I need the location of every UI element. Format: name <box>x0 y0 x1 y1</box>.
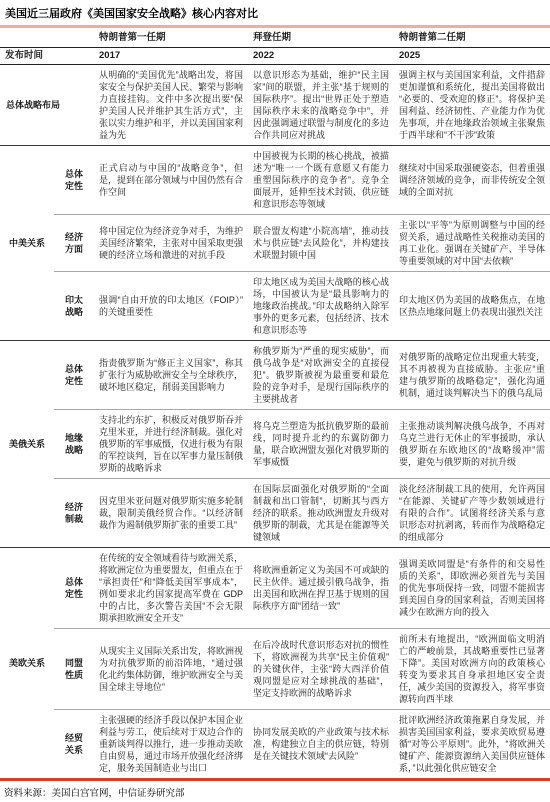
cell-us-russia-sanctions-trump2: 淡化经济制裁工具的使用，允许两国“在能源、关键矿产等少数领域进行有限的合作”。试… <box>394 479 550 548</box>
cell-us-russia-geostrategy-trump1: 支持北约东扩，积极反对俄罗斯吞并克里米亚，并进行经济制裁。强化对俄罗斯的军事威慑… <box>94 410 248 479</box>
section-overall-strategy-row: 总体战略布局 从明确的“美国优先”战略出发，将国家安全与保护美国人民、繁荣与影响… <box>0 65 550 146</box>
sublabel-us-china-indopacific: 印太战略 <box>54 272 94 341</box>
cell-us-china-indopacific-trump2: 印太地区仍为美国的战略焦点，在地区热点地缘问题上仍表现出强烈关注 <box>394 272 550 341</box>
cell-us-russia-geostrategy-trump2: 主张推动谈判解决俄乌战争，不再对乌克兰进行无休止的军事援助，承认俄罗斯在东欧地区… <box>394 410 550 479</box>
cell-us-russia-sanctions-trump1: 因克里米亚问题对俄罗斯实施多轮制裁，限制美俄经贸合作。“以经济制裁作为遏制俄罗斯… <box>94 479 248 548</box>
cell-us-china-overall-trump1: 正式启动与中国的“战略竞争”，但是，提到在部分领域与中国仍然有合作空间 <box>94 146 248 215</box>
table-header-row: 特朗普第一任期 拜登任期 特朗普第二任期 <box>0 27 550 48</box>
column-header-trump-term1: 特朗普第一任期 <box>94 27 248 48</box>
cell-us-russia-overall-trump1: 指责俄罗斯为“修正主义国家”，称其扩张行为威胁欧洲安全与全球秩序，破坏地区稳定，… <box>94 341 248 410</box>
sublabel-us-china-economy: 经济方面 <box>54 215 94 272</box>
section-us-china-row-3: 印太战略 强调“自由开放的印太地区（FOIP）”的关键重要性 印太地区成为美国大… <box>0 272 550 341</box>
sublabel-us-china-overall: 总体定性 <box>54 146 94 215</box>
cell-us-china-overall-trump2: 继续对中国采取强硬姿态，但着重强调经济领域的竞争，而非传统安全领域的全面对抗 <box>394 146 550 215</box>
cell-us-europe-trade-biden: 协同发展美欧的产业政策与技术标准，构建独立自主的供应链，特别是在关键技术领域“去… <box>248 710 394 780</box>
release-date-label: 发布时间 <box>0 48 94 65</box>
cell-us-china-overall-biden: 中国被视为长期的核心挑战，被描述为“唯一一个既有意愿又有能力重塑国际秩序的竞争者… <box>248 146 394 215</box>
cell-us-china-economy-biden: 联合盟友构建“小院高墙”，推动技术与供应链“去风险化”，并构建技术联盟封锁中国 <box>248 215 394 272</box>
section-us-china-row-1: 中美关系 总体定性 正式启动与中国的“战略竞争”，但是，提到在部分领域与中国仍然… <box>0 146 550 215</box>
section-label-us-russia: 美俄关系 <box>0 341 54 548</box>
cell-us-europe-trade-trump1: 主张强硬的经济手段以保护本国企业利益与劳工，使后续对于双边合作的重新谈判得以推行… <box>94 710 248 780</box>
cell-overall-biden: 以意识形态为基础，维护“民主国家”间的联盟，并主张“基于规则的国际秩序”。提出“… <box>248 65 394 146</box>
release-date-biden: 2022 <box>248 48 394 65</box>
cell-us-russia-geostrategy-biden: 将乌克兰塑造为抵抗俄罗斯的最前线，同时提升北约的东翼防御力量，联合欧洲盟友强化对… <box>248 410 394 479</box>
release-date-row: 发布时间 2017 2022 2025 <box>0 48 550 65</box>
sublabel-us-russia-geostrategy: 地缘战略 <box>54 410 94 479</box>
section-us-russia-row-1: 美俄关系 总体定性 指责俄罗斯为“修正主义国家”，称其扩张行为威胁欧洲安全与全球… <box>0 341 550 410</box>
cell-overall-trump1: 从明确的“美国优先”战略出发，将国家安全与保护美国人民、繁荣与影响力直接挂钩。文… <box>94 65 248 146</box>
cell-us-russia-overall-biden: 称俄罗斯为“严重的现实威胁”，而俄乌战争是“对欧洲安全的直接侵犯”。俄罗斯被视为… <box>248 341 394 410</box>
section-us-europe-row-1: 美欧关系 总体定性 在传统的安全领域看待与欧洲关系，将欧洲定位为重要盟友，但重点… <box>0 548 550 629</box>
cell-us-europe-overall-trump2: 强调美欧同盟是“有条件的和交易性质的关系”，即欧洲必须首先与美国的优先事项保持一… <box>394 548 550 629</box>
comparison-table: 特朗普第一任期 拜登任期 特朗普第二任期 发布时间 2017 2022 2025… <box>0 25 550 781</box>
cell-us-europe-overall-trump1: 在传统的安全领域看待与欧洲关系，将欧洲定位为重要盟友，但重点在于“承担责任”和“… <box>94 548 248 629</box>
cell-us-china-economy-trump2: 主张以“平等”为原则调整与中国的经贸关系，通过战略性关税推动美国的再工业化。强调… <box>394 215 550 272</box>
cell-us-russia-sanctions-biden: 在国际层面强化对俄罗斯的“全面制裁和出口管制”，切断其与西方经济的联系。推动欧洲… <box>248 479 394 548</box>
research-report-figure: 美国近三届政府《美国国家安全战略》核心内容对比 特朗普第一任期 拜登任期 特朗普… <box>0 0 550 802</box>
cell-us-russia-overall-trump2: 对俄罗斯的战略定位出现重大转变，其不再被视为直接威胁。主张应“重建与俄罗斯的战略… <box>394 341 550 410</box>
column-header-biden: 拜登任期 <box>248 27 394 48</box>
section-label-us-europe: 美欧关系 <box>0 548 54 780</box>
sublabel-us-russia-overall: 总体定性 <box>54 341 94 410</box>
sublabel-us-russia-sanctions: 经济制裁 <box>54 479 94 548</box>
release-date-trump1: 2017 <box>94 48 248 65</box>
cell-us-china-economy-trump1: 将中国定位为经济竞争对手，为维护美国经济繁荣，主张对中国采取更强硬的经济立场和激… <box>94 215 248 272</box>
sublabel-us-europe-trade: 经贸关系 <box>54 710 94 780</box>
figure-title: 美国近三届政府《美国国家安全战略》核心内容对比 <box>0 0 550 25</box>
release-date-trump2: 2025 <box>394 48 550 65</box>
sublabel-us-europe-alliance: 同盟性质 <box>54 629 94 710</box>
section-label-us-china: 中美关系 <box>0 146 54 341</box>
cell-us-china-indopacific-trump1: 强调“自由开放的印太地区（FOIP）”的关键重要性 <box>94 272 248 341</box>
section-us-china-row-2: 经济方面 将中国定位为经济竞争对手，为维护美国经济繁荣，主张对中国采取更强硬的经… <box>0 215 550 272</box>
cell-us-europe-alliance-biden: 在后冷战时代意识形态对抗的惯性下，将欧洲视为共享“民主价值观”的关键伙伴，主张“… <box>248 629 394 710</box>
section-us-russia-row-3: 经济制裁 因克里米亚问题对俄罗斯实施多轮制裁，限制美俄经贸合作。“以经济制裁作为… <box>0 479 550 548</box>
cell-us-europe-alliance-trump1: 从现实主义国际关系出发，将欧洲视为对抗俄罗斯的前沿阵地，“通过强化北约集体防御，… <box>94 629 248 710</box>
cell-us-china-indopacific-biden: 印太地区成为美国大战略的核心战场，中国被认为是“最具影响力的地缘政治挑战。”印太… <box>248 272 394 341</box>
column-header-trump-term2: 特朗普第二任期 <box>394 27 550 48</box>
cell-overall-trump2: 强调主权与美国国家利益，文件措辞更加谨慎和系统化，提出美国将做出“必要的、受欢迎… <box>394 65 550 146</box>
header-blank-cell <box>0 27 94 48</box>
section-us-russia-row-2: 地缘战略 支持北约东扩，积极反对俄罗斯吞并克里米亚，并进行经济制裁。强化对俄罗斯… <box>0 410 550 479</box>
cell-us-europe-overall-biden: 将欧洲重新定义为美国不可或缺的民主伙伴。通过援引俄乌战争，指出美国和欧洲在捍卫基… <box>248 548 394 629</box>
section-us-europe-row-2: 同盟性质 从现实主义国际关系出发，将欧洲视为对抗俄罗斯的前沿阵地，“通过强化北约… <box>0 629 550 710</box>
cell-us-europe-trade-trump2: 批评欧洲经济政策拖累自身发展，并损害美国国家利益，要求美欧贸易遵循“对等公平原则… <box>394 710 550 780</box>
sublabel-us-europe-overall: 总体定性 <box>54 548 94 629</box>
section-us-europe-row-3: 经贸关系 主张强硬的经济手段以保护本国企业利益与劳工，使后续对于双边合作的重新谈… <box>0 710 550 780</box>
section-label-overall-strategy: 总体战略布局 <box>0 65 94 146</box>
cell-us-europe-alliance-trump2: 前所未有地提出，“欧洲面临文明消亡的严峻前景，其战略重要性已显著下降”。美国对欧… <box>394 629 550 710</box>
source-note: 资料来源：美国白宫官网，中信证券研究部 <box>0 781 550 802</box>
